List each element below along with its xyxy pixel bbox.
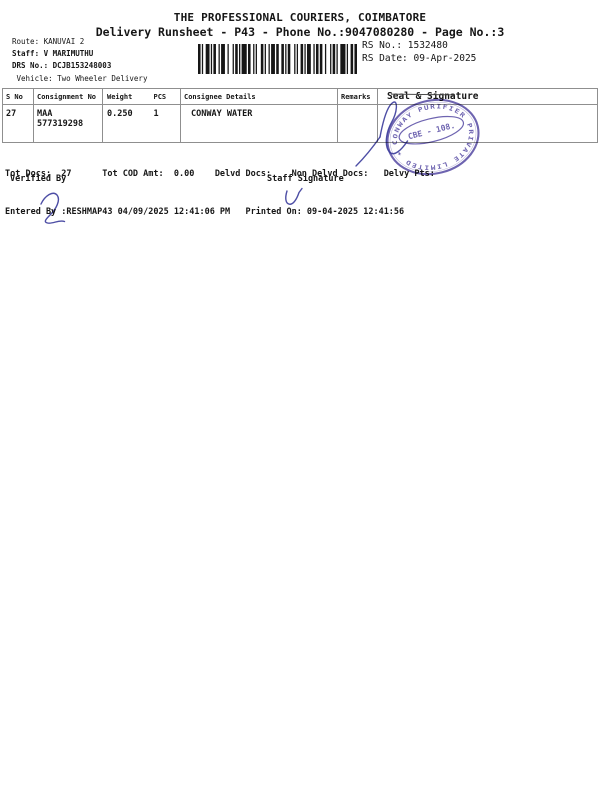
col-header-pcs: PCS <box>150 89 181 105</box>
col-header-seal: Seal & Signature <box>378 89 598 105</box>
shipment-info-block: Route: KANUVAI 2 Staff: V MARIMUTHU DRS … <box>12 36 147 85</box>
table-row: 27 MAA 577319298 0.250 1 CONWAY WATER <box>3 105 598 143</box>
entered-printed-line: Entered By :RESHMAP43 04/09/2025 12:41:0… <box>5 206 435 219</box>
col-header-remarks: Remarks <box>338 89 378 105</box>
totals-block: Tot Docs: 27 Tot COD Amt: 0.00 Delvd Doc… <box>5 143 435 231</box>
runsheet-table: S No Consignment No Weight PCS Consignee… <box>2 88 598 143</box>
totals-line: Tot Docs: 27 Tot COD Amt: 0.00 Delvd Doc… <box>5 168 435 181</box>
route-line: Route: KANUVAI 2 <box>12 36 147 48</box>
col-header-consignment: Consignment No <box>34 89 103 105</box>
cell-pcs: 1 <box>150 105 181 143</box>
drs-no-line: DRS No.: DCJB153248003 <box>12 60 147 72</box>
staff-line: Staff: V MARIMUTHU <box>12 48 147 60</box>
col-header-consignee: Consignee Details <box>181 89 338 105</box>
col-header-sno: S No <box>3 89 34 105</box>
staff-signature-label: Staff Signature <box>267 174 344 184</box>
rs-date-line: RS Date: 09-Apr-2025 <box>362 53 476 66</box>
vehicle-line: Vehicle: Two Wheeler Delivery <box>12 73 147 85</box>
rs-info-block: RS No.: 1532480 RS Date: 09-Apr-2025 <box>362 40 476 65</box>
verified-by-label: Verified By <box>10 174 66 184</box>
cell-weight: 0.250 <box>103 105 150 143</box>
cell-sno: 27 <box>3 105 34 143</box>
col-header-weight: Weight <box>103 89 150 105</box>
cell-remarks <box>338 105 378 143</box>
rs-no-line: RS No.: 1532480 <box>362 40 476 53</box>
page-title: THE PROFESSIONAL COURIERS, COIMBATORE <box>0 11 600 24</box>
barcode <box>198 44 357 74</box>
cell-consignee: CONWAY WATER <box>181 105 338 143</box>
cell-consignment: MAA 577319298 <box>34 105 103 143</box>
cell-seal <box>378 105 598 143</box>
table-header-row: S No Consignment No Weight PCS Consignee… <box>3 89 598 105</box>
